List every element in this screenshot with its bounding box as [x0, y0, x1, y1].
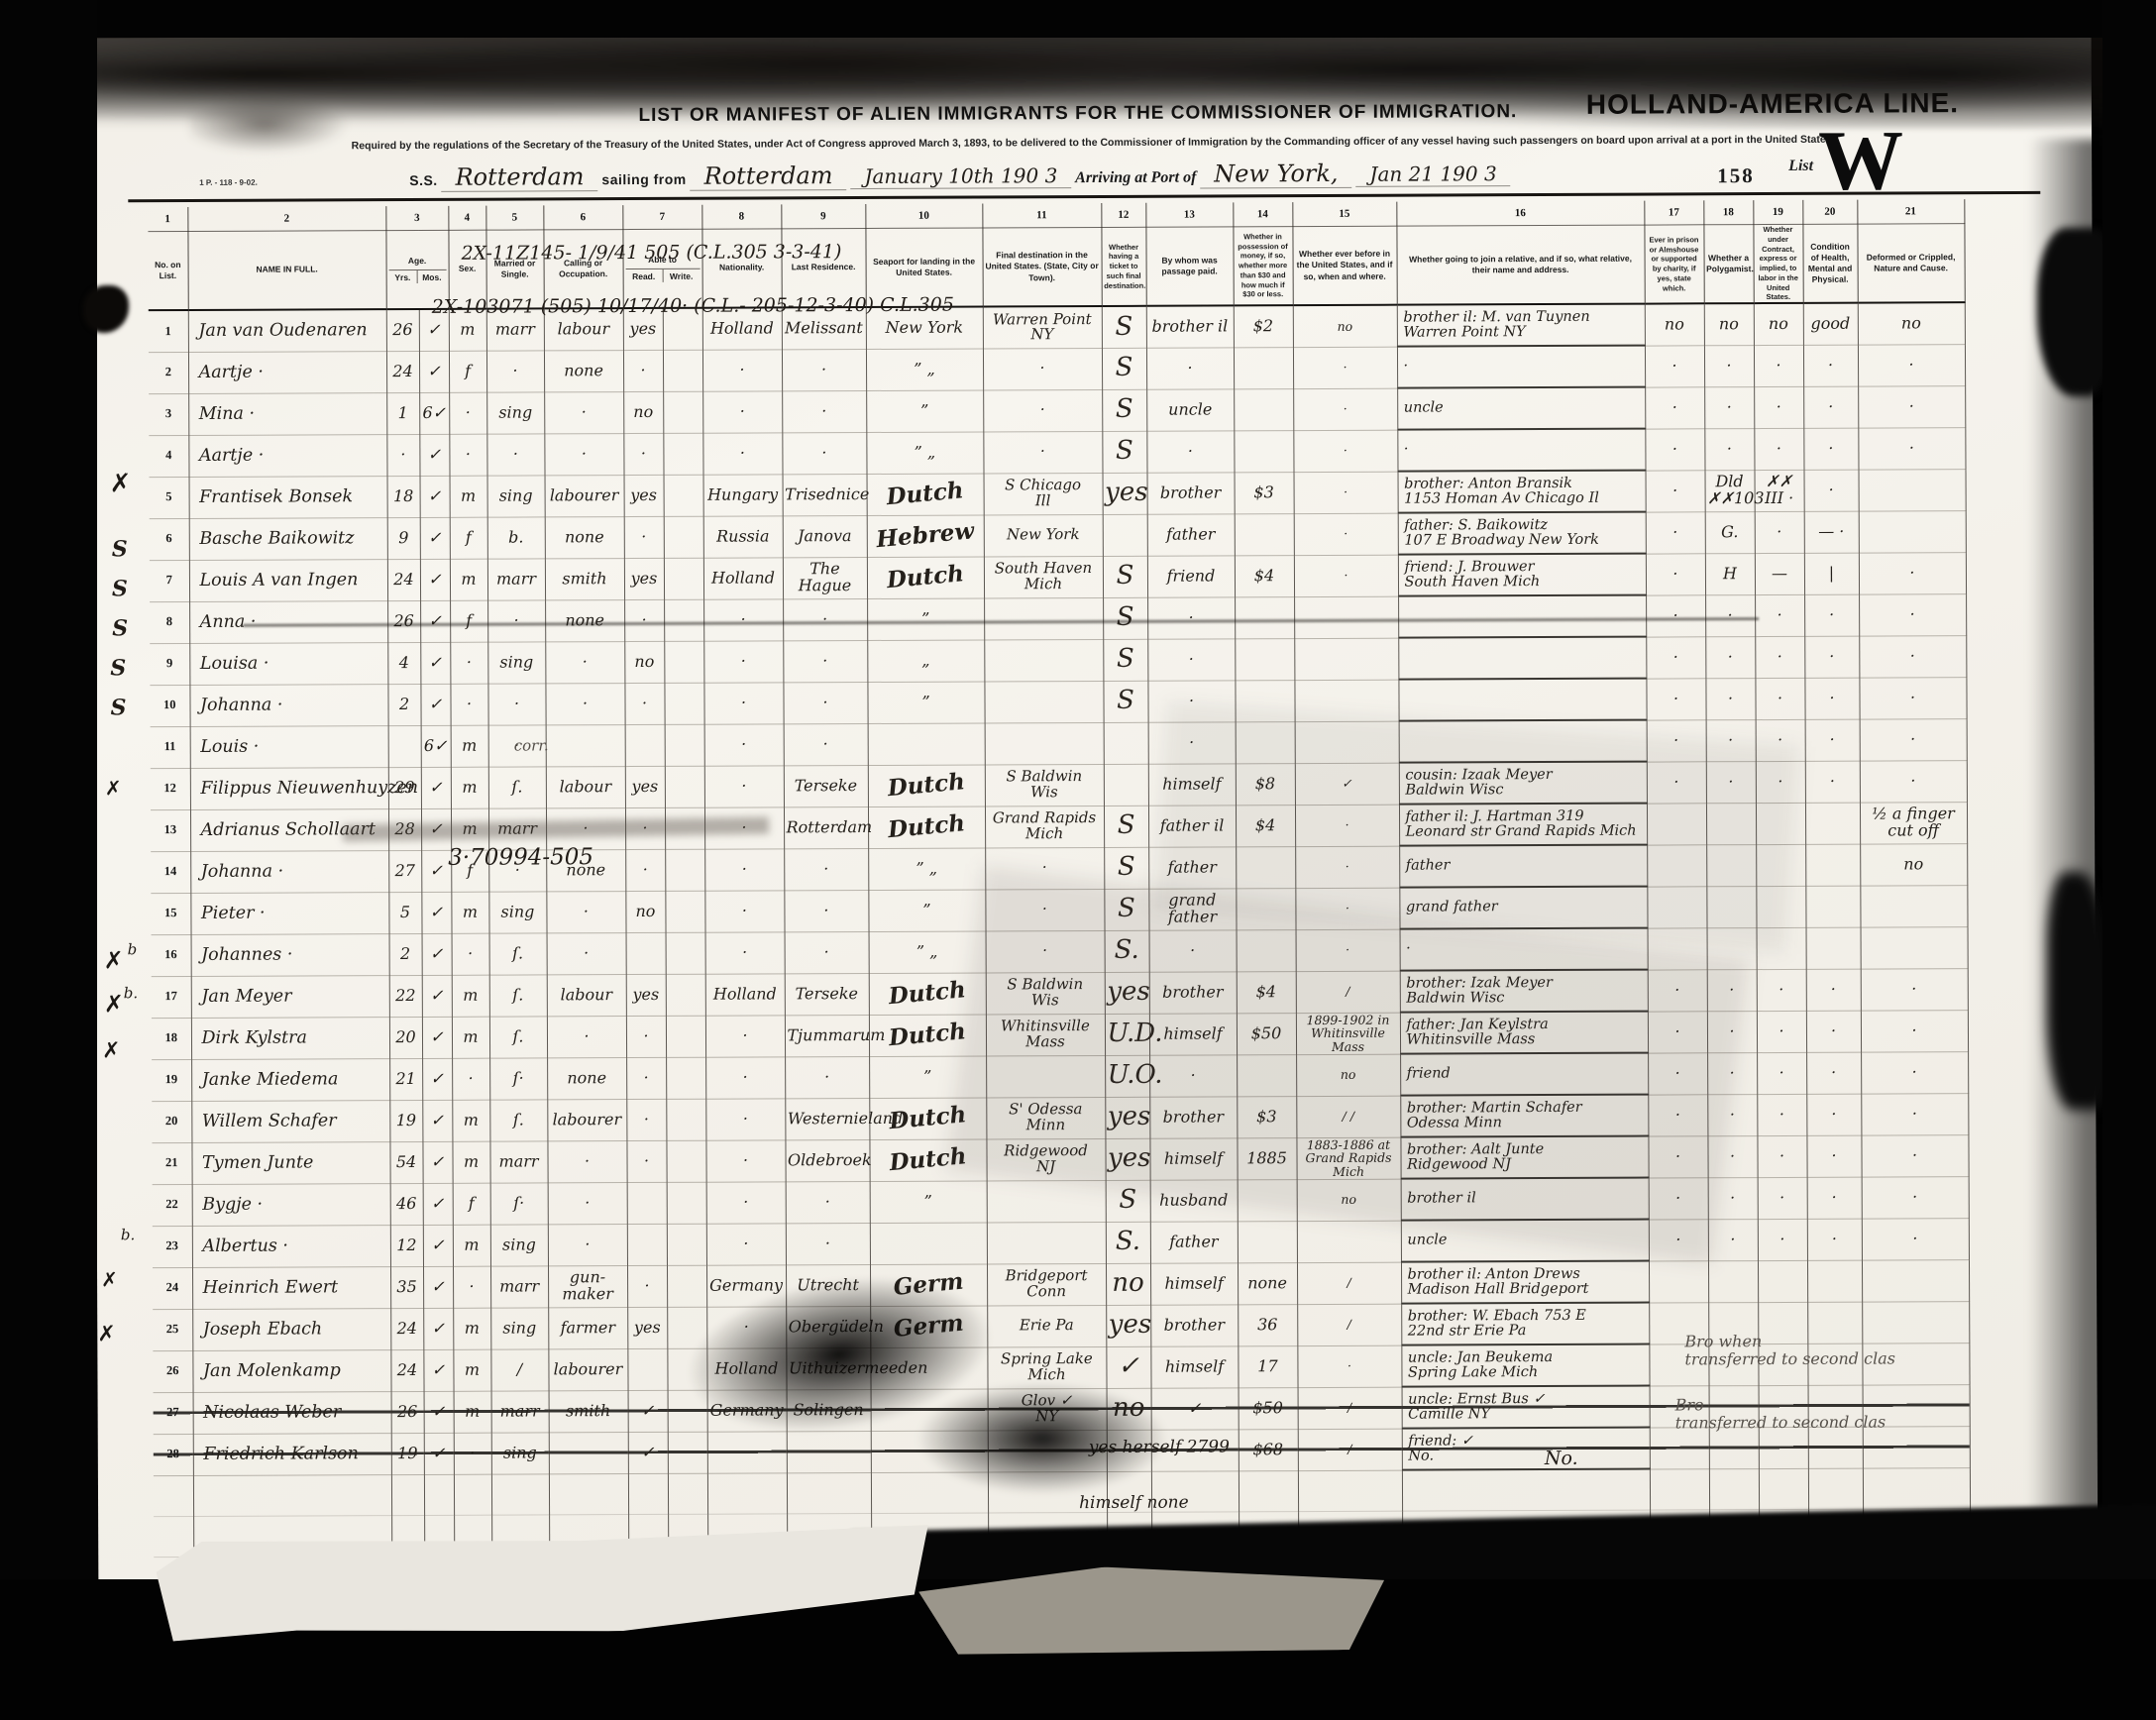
cell-dest: ·	[983, 431, 1102, 474]
cell-sex: m	[453, 1349, 490, 1391]
cell-money: $68	[1239, 1429, 1298, 1470]
cell-write	[666, 974, 705, 1016]
cell-occ: ·	[544, 433, 623, 475]
annotation-ink: himself none	[1079, 1494, 1189, 1514]
cell-money	[1236, 721, 1295, 763]
cell-ms: ·	[486, 433, 544, 475]
annotation-pencil: Bro transferred to second clas	[1675, 1396, 1886, 1434]
cell-contract: ·	[1755, 594, 1804, 636]
cell-deformed: ·	[1858, 385, 1965, 427]
cell-polyg: ·	[1704, 345, 1754, 386]
col-passage-paid: By whom was passage paid.	[1145, 227, 1233, 306]
cell-paid: uncle	[1146, 388, 1234, 430]
cell-money: 17	[1238, 1345, 1297, 1387]
cell-yrs: 24	[390, 1349, 423, 1391]
cell-before: no	[1293, 305, 1397, 347]
cell-prison: ·	[1646, 470, 1705, 511]
cell-read: yes	[625, 766, 665, 807]
cell-sex: f	[450, 600, 487, 642]
cell-seaport: ”	[867, 681, 984, 723]
cell-before: ·	[1295, 846, 1399, 888]
cell-sex: ·	[452, 933, 489, 975]
cell-dest	[985, 722, 1104, 765]
cell-mos: ✓	[420, 600, 450, 642]
cell-no: 9	[150, 643, 189, 685]
cell-write	[668, 1514, 707, 1555]
cell-no: 11	[151, 726, 190, 768]
cell-yrs: 19	[391, 1433, 424, 1474]
cell-ms: marr	[488, 807, 546, 849]
cell-name: Aartje ·	[188, 434, 386, 477]
cell-deformed: ·	[1859, 593, 1966, 635]
cell-mos: ✓	[422, 1017, 452, 1058]
cell-nat: ·	[704, 806, 784, 848]
col-able-read: Read.	[625, 269, 662, 282]
column-label-row: No. on List. NAME IN FULL. Age. Yrs. Mos…	[148, 224, 1964, 310]
cell-contract: ·	[1754, 428, 1803, 470]
cell-occ: labour	[547, 974, 626, 1016]
cell-polyg	[1708, 1260, 1758, 1302]
cell-paid: friend	[1147, 555, 1235, 596]
cell-before: /	[1297, 1262, 1401, 1304]
cell-mos: ✓	[421, 850, 451, 892]
cell-mos: ✓	[421, 892, 451, 933]
cell-health: ·	[1807, 1177, 1862, 1219]
cell-sex: m	[451, 808, 488, 850]
cell-mos	[424, 1474, 454, 1516]
cell-polyg	[1709, 1468, 1759, 1510]
cell-seaport: ” „	[866, 348, 983, 390]
cell-health: ·	[1804, 636, 1859, 678]
cell-nat: ·	[705, 1015, 785, 1056]
cell-no: 4	[149, 435, 188, 477]
cell-yrs: 20	[389, 1017, 422, 1058]
cell-before	[1294, 596, 1398, 638]
cell-ms: ſ·	[489, 1057, 547, 1099]
cell-paid: brother il	[1146, 305, 1234, 347]
cell-sex: ·	[452, 1058, 489, 1100]
cell-nat: ·	[703, 598, 783, 640]
cell-write	[666, 1057, 705, 1099]
cell-yrs: 46	[390, 1183, 423, 1225]
cell-money: $4	[1237, 971, 1296, 1013]
cell-tkt: yes	[1105, 1097, 1149, 1138]
col-able-write: Write.	[662, 269, 700, 282]
cell-read: no	[624, 641, 664, 683]
cell-sex: m	[451, 892, 488, 933]
cell-health: ·	[1806, 1135, 1861, 1177]
cell-read: no	[625, 891, 665, 932]
cell-ms: sing	[490, 1224, 548, 1265]
cell-deformed: ·	[1859, 677, 1966, 718]
document-scan: 1 P. - 118 - 9-02. LIST OR MANIFEST OF A…	[0, 0, 2156, 1720]
cell-dest: S Baldwin Wis	[986, 972, 1105, 1015]
cell-prison: ·	[1647, 719, 1706, 761]
cell-mos: ✓	[422, 975, 452, 1017]
cell-yrs: 9	[387, 517, 420, 559]
cell-read: yes	[624, 558, 664, 599]
cell-write	[667, 1182, 706, 1224]
cell-write	[664, 683, 703, 724]
cell-polyg: no	[1704, 303, 1754, 345]
cell-nat: ·	[704, 765, 784, 806]
cell-dest	[986, 1055, 1105, 1098]
cell-read: ·	[624, 599, 664, 641]
cell-mos: ✓	[422, 1100, 452, 1141]
cell-res: ·	[785, 1056, 869, 1098]
cell-tkt: S	[1102, 348, 1146, 389]
cell-ms: sing	[491, 1432, 549, 1473]
cell-occ: ·	[545, 683, 624, 724]
cell-occ	[546, 724, 625, 766]
cell-health	[1808, 1427, 1863, 1468]
cell-prison	[1647, 803, 1706, 844]
cell-no: 8	[150, 601, 189, 643]
cell-read: ·	[623, 350, 663, 391]
cell-mos: ✓	[421, 808, 451, 850]
cell-ms: sing	[486, 391, 544, 433]
cell-mos: ✓	[420, 517, 450, 559]
cell-before: /	[1298, 1387, 1402, 1429]
cell-prison: ·	[1645, 428, 1704, 470]
cell-polyg: ·	[1704, 428, 1754, 470]
annotation-mark: ✗	[97, 1322, 116, 1346]
cell-prison: ·	[1648, 1011, 1707, 1052]
annotation-ink: 3·70994-505	[448, 844, 593, 871]
cell-ms: ſ.	[489, 932, 547, 974]
cell-yrs: 2	[387, 684, 420, 725]
cell-yrs: 19	[389, 1100, 422, 1141]
cell-no: 15	[151, 893, 190, 934]
cell-seaport	[871, 1430, 988, 1472]
cell-paid: himself	[1150, 1262, 1238, 1304]
cell-dest: Bridgeport Conn	[987, 1263, 1106, 1306]
cell-tkt	[1104, 722, 1148, 764]
cell-dest: Warren Point NY	[983, 306, 1102, 349]
cell-deformed: ·	[1858, 427, 1965, 469]
cell-nat: Russia	[703, 515, 783, 557]
cell-tkt: S	[1103, 639, 1147, 681]
cell-ms: ·	[487, 683, 545, 724]
cell-name: Louis A van Ingen	[189, 559, 387, 601]
cell-polyg	[1706, 844, 1756, 886]
cell-before: ·	[1293, 347, 1397, 388]
cell-deformed: ·	[1858, 344, 1965, 385]
cell-contract: ·	[1755, 678, 1804, 719]
cell-seaport: ”	[866, 389, 983, 432]
cell-write	[667, 1265, 706, 1307]
cell-no: 6	[150, 518, 189, 560]
cell-money	[1239, 1512, 1298, 1553]
cell-nat: ·	[702, 432, 782, 474]
cell-nat	[707, 1431, 787, 1472]
col-deformed: Deformed or Crippled, Nature and Cause.	[1857, 224, 1964, 303]
cell-before	[1297, 1221, 1401, 1262]
cell-read	[627, 1182, 667, 1224]
cell-polyg: G.	[1705, 511, 1755, 553]
cell-money: $4	[1236, 805, 1295, 846]
cell-paid: himself	[1148, 763, 1236, 805]
cell-write	[664, 475, 703, 516]
cell-mos: ✓	[423, 1308, 453, 1349]
cell-name: Anna ·	[189, 600, 387, 643]
cell-health	[1808, 1509, 1863, 1550]
cell-occ	[549, 1515, 628, 1556]
cell-tkt: S	[1103, 556, 1147, 597]
cell-health: ·	[1804, 678, 1859, 719]
cell-polyg: ·	[1706, 761, 1756, 803]
col-num-7: 7	[622, 205, 701, 230]
cell-before: ✓	[1295, 763, 1399, 805]
cell-yrs: 26	[387, 600, 420, 642]
cell-rel	[1399, 720, 1647, 763]
cell-res: ·	[785, 931, 869, 973]
cell-prison: ·	[1648, 1094, 1707, 1135]
cell-deformed: ·	[1862, 1176, 1969, 1218]
cell-name: Jan van Oudenaren	[188, 309, 386, 352]
cell-money	[1234, 388, 1293, 430]
cell-money: 36	[1238, 1304, 1297, 1345]
cell-before: ·	[1293, 430, 1397, 472]
cell-polyg: ·	[1707, 1052, 1757, 1094]
cell-seaport: ”	[870, 1180, 987, 1223]
cell-rel: cousin: Izaak Meyer Baldwin Wisc	[1399, 762, 1647, 805]
cell-paid: himself	[1149, 1013, 1237, 1054]
cell-write	[668, 1473, 707, 1515]
col-num-11: 11	[982, 203, 1101, 228]
cell-occ: farmer	[548, 1307, 627, 1348]
cell-tkt: S	[1103, 681, 1147, 722]
col-num-13: 13	[1145, 202, 1233, 227]
cell-seaport	[870, 1222, 987, 1264]
cell-health: ·	[1806, 1052, 1861, 1094]
cell-dest	[987, 1180, 1106, 1223]
cell-rel: brother: Martin Schafer Odessa Minn	[1400, 1095, 1648, 1137]
cell-prison: ·	[1646, 511, 1705, 553]
cell-paid: ·	[1147, 680, 1235, 721]
cell-mos: ✓	[419, 351, 449, 392]
cell-res	[787, 1431, 871, 1472]
cell-read: ·	[626, 1099, 666, 1140]
cell-read: yes	[627, 1307, 667, 1348]
cell-contract: ·	[1758, 1219, 1807, 1260]
cell-write	[667, 1307, 706, 1348]
cell-dest	[984, 681, 1103, 723]
cell-contract: ·	[1754, 386, 1803, 428]
cell-occ: ·	[547, 1016, 626, 1057]
cell-contract: ·	[1756, 719, 1805, 761]
cell-paid: grand father	[1148, 888, 1236, 929]
cell-polyg: ·	[1707, 1094, 1757, 1135]
cell-dest: Erie Pa	[987, 1305, 1106, 1347]
cell-prison: no	[1645, 303, 1704, 345]
cell-occ: ·	[548, 1224, 627, 1265]
cell-contract	[1759, 1468, 1808, 1510]
cell-no: 24	[153, 1267, 192, 1309]
cell-health	[1808, 1468, 1863, 1510]
cell-tkt: S	[1104, 847, 1148, 889]
cell-mos: ✓	[420, 684, 450, 725]
cell-occ: ·	[547, 1140, 626, 1182]
cell-write	[666, 1099, 705, 1140]
cell-ms: ·	[486, 350, 544, 391]
cell-sex: m	[453, 1308, 490, 1349]
cell-tkt: no	[1107, 1388, 1151, 1430]
cell-tkt: yes	[1106, 1305, 1150, 1346]
cell-contract: ·	[1756, 761, 1805, 803]
cell-polyg: ·	[1705, 594, 1755, 636]
cell-nat: ·	[706, 1181, 786, 1223]
cell-yrs: 5	[388, 892, 421, 933]
cell-rel: friend: J. Brouwer South Haven Mich	[1398, 554, 1646, 596]
cell-occ: ·	[546, 807, 625, 849]
cell-prison	[1648, 927, 1707, 969]
cell-tkt: S	[1102, 306, 1146, 348]
cell-res: Westernieland	[785, 1098, 869, 1139]
cell-health: good	[1803, 303, 1858, 345]
scan-border-bottom	[0, 1579, 2156, 1720]
cell-res: ·	[782, 432, 866, 474]
cell-occ: ·	[545, 641, 624, 683]
col-num-14: 14	[1233, 202, 1292, 227]
cell-nat: ·	[703, 682, 783, 723]
cell-write	[664, 599, 703, 641]
cell-name: Johanna ·	[190, 850, 388, 893]
cell-name	[193, 1516, 391, 1558]
cell-deformed: ·	[1861, 1051, 1968, 1093]
cell-money	[1237, 929, 1296, 971]
cell-before: / /	[1296, 1096, 1400, 1137]
cell-name: Johannes ·	[191, 933, 389, 976]
col-num-5: 5	[485, 205, 543, 230]
cell-res: Terseke	[784, 765, 868, 806]
cell-res: Tjummarum	[785, 1015, 869, 1056]
cell-deformed	[1860, 885, 1967, 926]
cell-polyg: ·	[1707, 1135, 1757, 1177]
cell-no: 20	[152, 1101, 191, 1142]
cell-paid: brother	[1147, 472, 1235, 513]
cell-read: ·	[626, 1057, 666, 1099]
cell-sex: ·	[450, 642, 487, 684]
cell-name: Filippus Nieuwenhuyzen	[190, 767, 388, 809]
cell-contract: ·	[1757, 969, 1806, 1011]
cell-nat	[707, 1472, 787, 1514]
cell-dest	[988, 1512, 1107, 1554]
cell-polyg	[1709, 1510, 1759, 1551]
cell-polyg: ·	[1706, 719, 1756, 761]
cell-sex: m	[452, 1141, 489, 1183]
col-num-8: 8	[701, 204, 781, 229]
col-age-yrs: Yrs.	[388, 270, 417, 283]
cell-write	[666, 932, 705, 974]
cell-rel: brother: Izak Meyer Baldwin Wisc	[1400, 970, 1648, 1013]
cell-sex: ·	[454, 1433, 491, 1474]
cell-dest: S Baldwin Wis	[985, 764, 1104, 806]
cell-nat: Hungary	[703, 474, 783, 515]
cell-no: 16	[152, 934, 191, 976]
cell-contract: ·	[1755, 636, 1804, 678]
annotation-ink: No.	[1545, 1449, 1578, 1470]
cell-rel: uncle: Jan Beukema Spring Lake Mich	[1401, 1344, 1649, 1387]
cell-res	[787, 1472, 871, 1514]
cell-money	[1236, 846, 1295, 888]
cell-write	[664, 516, 703, 558]
cell-yrs: 54	[389, 1141, 422, 1183]
cell-rel: friend: ✓ No.	[1402, 1428, 1650, 1470]
cell-seaport: ” „	[868, 847, 985, 890]
cell-occ: labourer	[547, 1099, 626, 1140]
cell-dest: S' Odessa Minn	[986, 1097, 1105, 1139]
cell-before: ·	[1294, 555, 1398, 596]
cell-ms: /	[490, 1348, 548, 1390]
cell-seaport: ”	[869, 1055, 986, 1098]
cell-paid: ·	[1149, 929, 1237, 971]
cell-prison	[1649, 1260, 1708, 1302]
cell-paid: ·	[1148, 721, 1236, 763]
annotation-ink: yes herself 2799	[1089, 1438, 1230, 1457]
cell-paid: brother	[1150, 1304, 1238, 1345]
cell-health	[1806, 927, 1861, 969]
cell-rel: ·	[1397, 346, 1645, 388]
cell-yrs: 2	[389, 933, 422, 975]
cell-write	[665, 849, 704, 891]
cell-before: /	[1296, 971, 1400, 1013]
cell-sex: m	[450, 559, 487, 600]
cell-polyg: ·	[1705, 678, 1755, 719]
cell-before: ·	[1296, 929, 1400, 971]
manifest-page: 1 P. - 118 - 9-02. LIST OR MANIFEST OF A…	[92, 30, 2099, 1594]
cell-yrs: 18	[387, 476, 420, 517]
cell-no	[154, 1475, 193, 1517]
cell-name: Johanna ·	[189, 684, 387, 726]
col-ever-before: Whether ever before in the United States…	[1292, 226, 1396, 305]
cell-contract	[1759, 1427, 1808, 1468]
cell-before: /	[1297, 1304, 1401, 1345]
cell-prison: ·	[1646, 678, 1705, 719]
col-num-18: 18	[1703, 200, 1753, 225]
cell-contract: ·	[1757, 1094, 1806, 1135]
cell-yrs: 1	[386, 392, 419, 434]
annotation-ink: b	[128, 941, 138, 958]
cell-tkt: yes	[1105, 1138, 1149, 1180]
cell-rel	[1398, 679, 1646, 721]
cell-contract: no	[1754, 303, 1803, 345]
cell-name: Joseph Ebach	[192, 1308, 390, 1350]
cell-polyg: ·	[1705, 636, 1755, 678]
cell-tkt: S.	[1105, 930, 1149, 972]
cell-read: yes	[626, 974, 666, 1016]
cell-sex: m	[453, 1225, 490, 1266]
cell-yrs: 26	[386, 309, 419, 351]
cell-read: ·	[623, 433, 663, 475]
cell-write	[667, 1224, 706, 1265]
cell-name: Louisa ·	[189, 642, 387, 685]
cell-contract: ·	[1757, 1052, 1806, 1094]
cell-nat: ·	[702, 390, 782, 432]
cell-occ: none	[547, 1057, 626, 1099]
cell-polyg	[1709, 1427, 1759, 1468]
cell-seaport	[871, 1388, 988, 1431]
col-num-15: 15	[1292, 202, 1396, 227]
cell-before: /	[1298, 1429, 1402, 1470]
cell-money	[1236, 888, 1295, 929]
cell-deformed	[1861, 926, 1968, 968]
cell-deformed: ·	[1860, 718, 1967, 760]
cell-tkt: U.D.	[1105, 1014, 1149, 1055]
cell-health: ·	[1804, 594, 1859, 636]
cell-read: ·	[624, 516, 664, 558]
cell-rel	[1402, 1510, 1650, 1552]
